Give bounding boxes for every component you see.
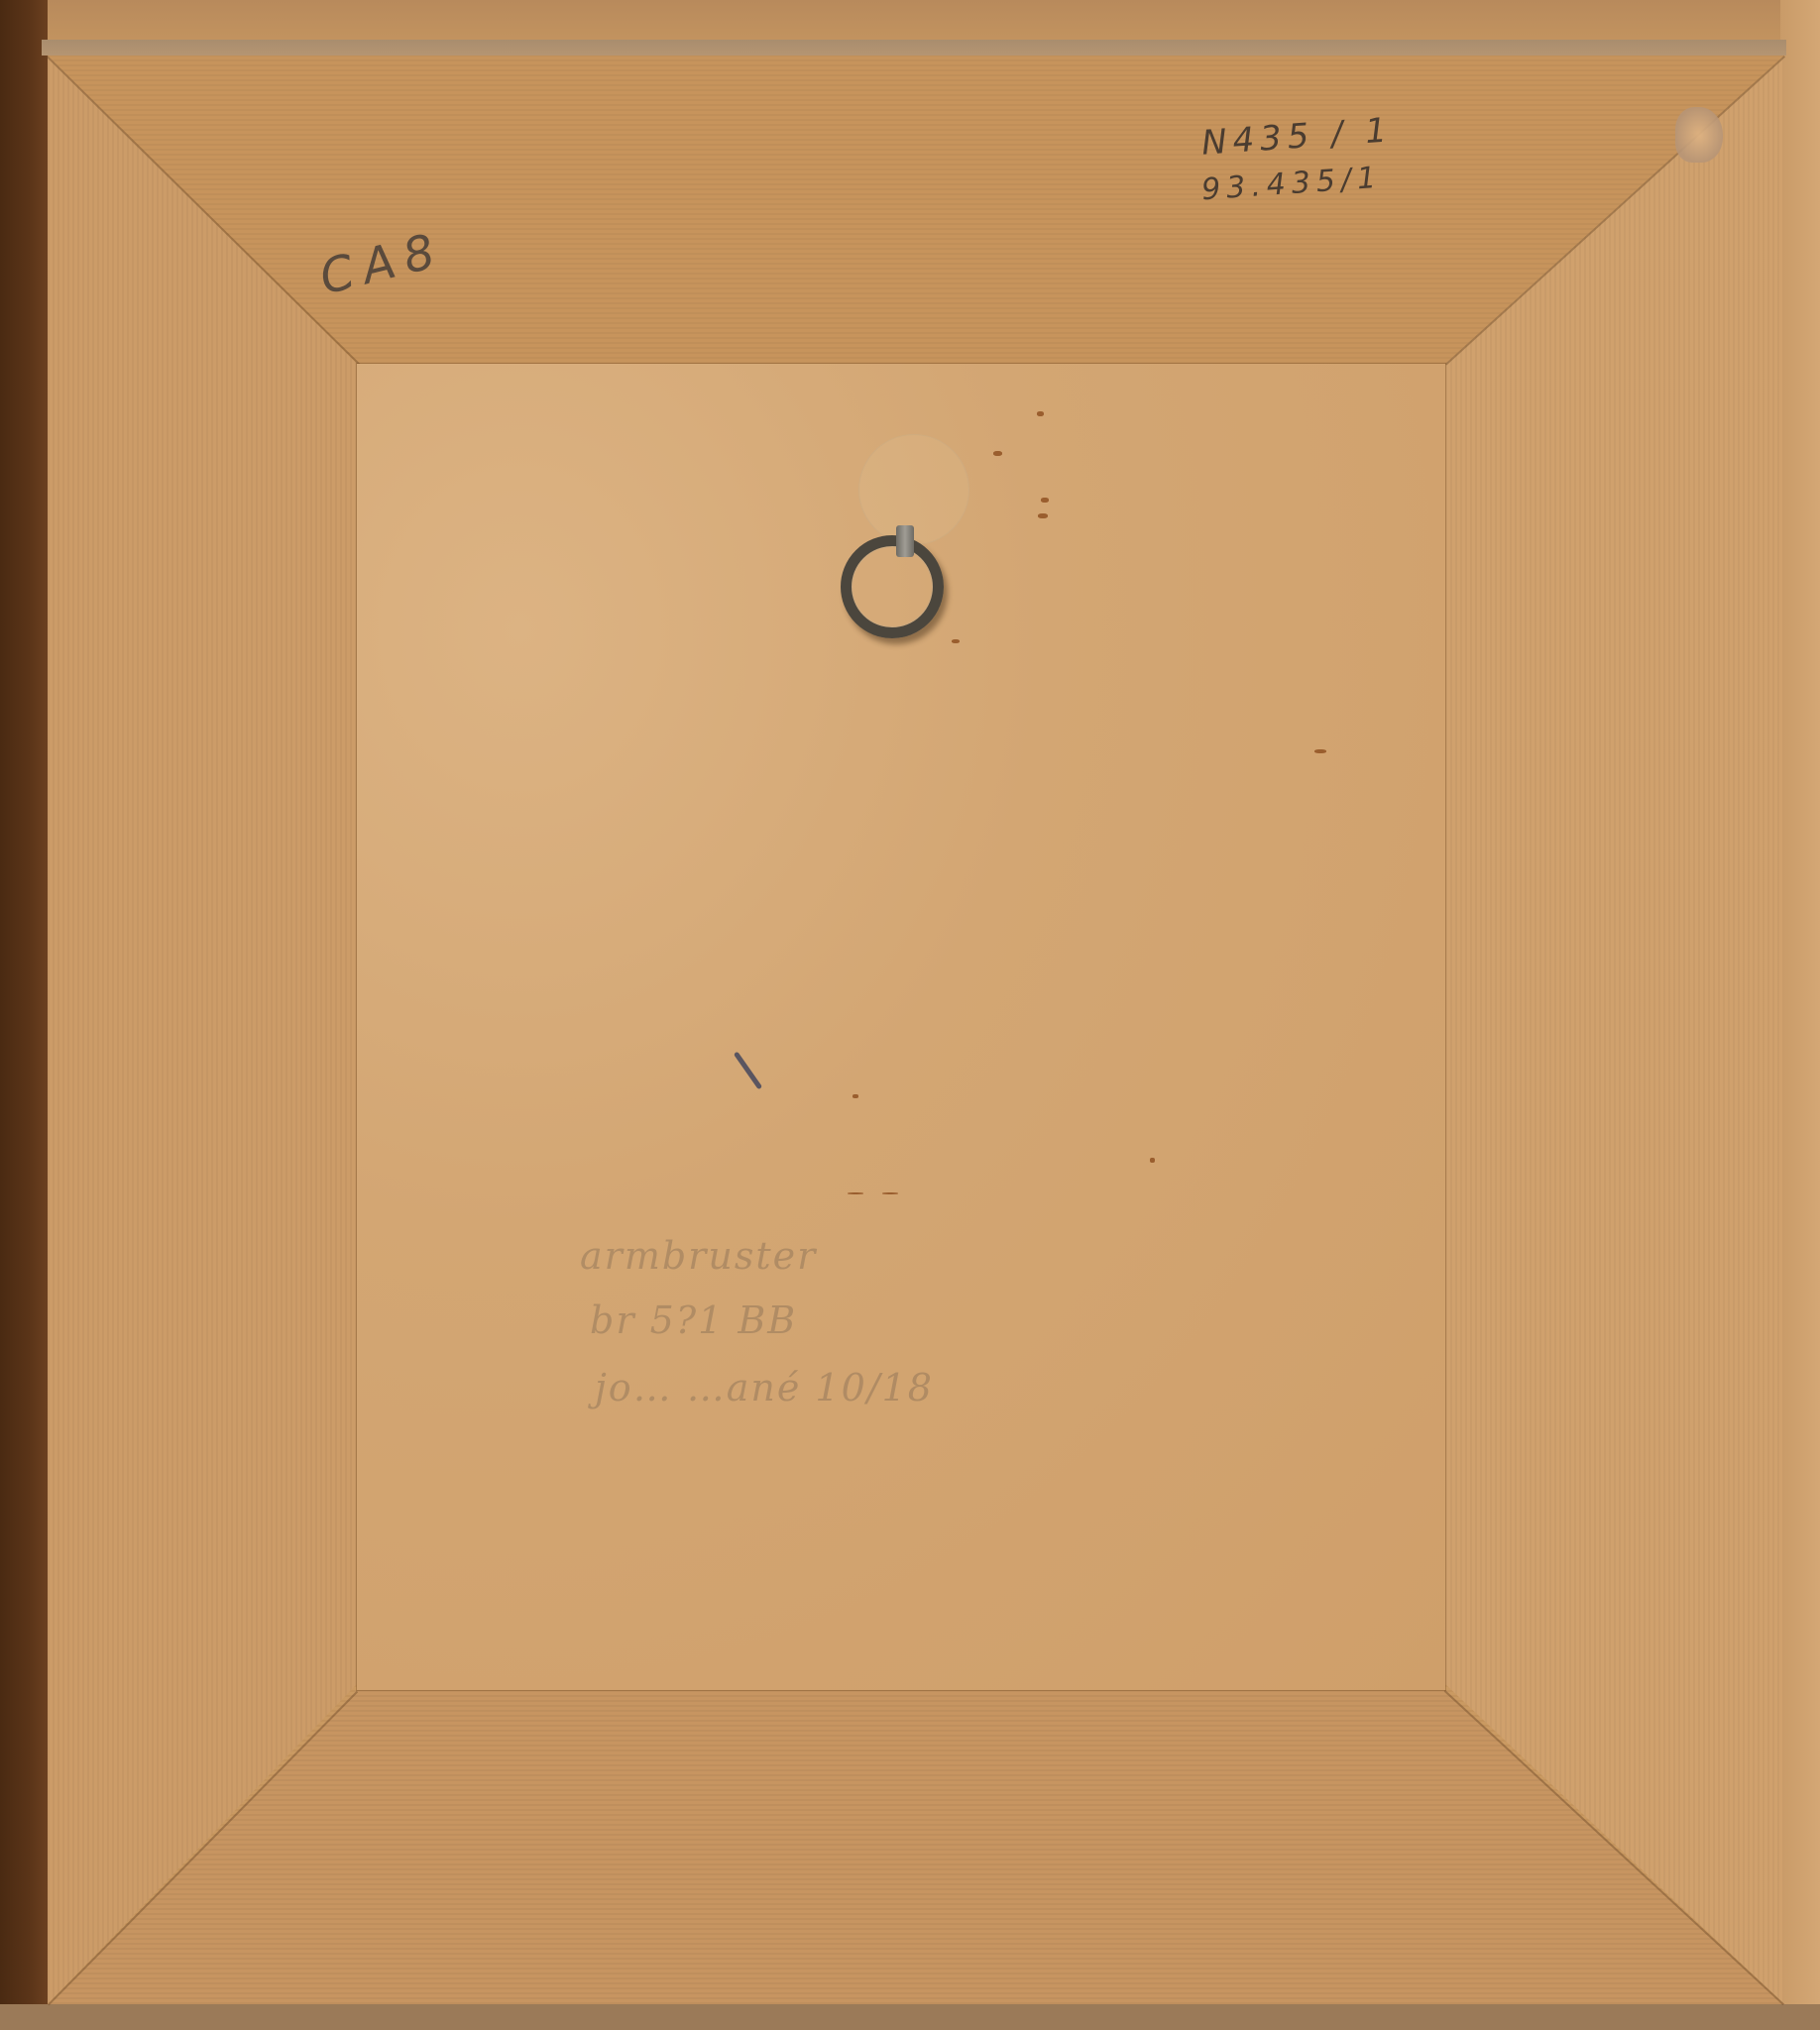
pencil-note-line-2: br 5?1 BB xyxy=(590,1298,797,1342)
pencil-note-line-1: armbruster xyxy=(580,1234,817,1278)
nail-hole xyxy=(1037,411,1044,416)
nail-hole xyxy=(1150,1158,1155,1163)
dash-mark xyxy=(882,1192,898,1194)
ring-clip xyxy=(896,525,914,557)
pencil-note-line-3: jo… …ané 10/18 xyxy=(595,1366,934,1410)
nail-hole xyxy=(993,451,1002,456)
nail-hole xyxy=(952,639,960,643)
torn-corner-tag xyxy=(1675,107,1723,163)
hanging-ring-icon xyxy=(841,535,944,638)
frame-wood-left-edge xyxy=(0,0,48,2030)
nail-hole xyxy=(1038,513,1048,518)
frame-top-seam xyxy=(42,40,1786,56)
frame-back-photo: N435 / 1 93.435/1 CA8 armbruster br 5?1 … xyxy=(0,0,1820,2030)
nail-hole xyxy=(1314,749,1326,753)
nail-hole xyxy=(1041,498,1049,503)
dash-mark xyxy=(848,1192,863,1194)
frame-wood-bottom-edge xyxy=(0,2004,1820,2030)
backing-bevel-left xyxy=(48,56,357,2004)
frame-wood-top-edge xyxy=(0,0,1820,40)
embossed-circle-mark xyxy=(858,434,969,545)
frame-wood-right-edge xyxy=(1780,0,1820,2030)
nail-hole xyxy=(853,1094,858,1098)
backing-bevel-right xyxy=(1445,56,1784,2004)
